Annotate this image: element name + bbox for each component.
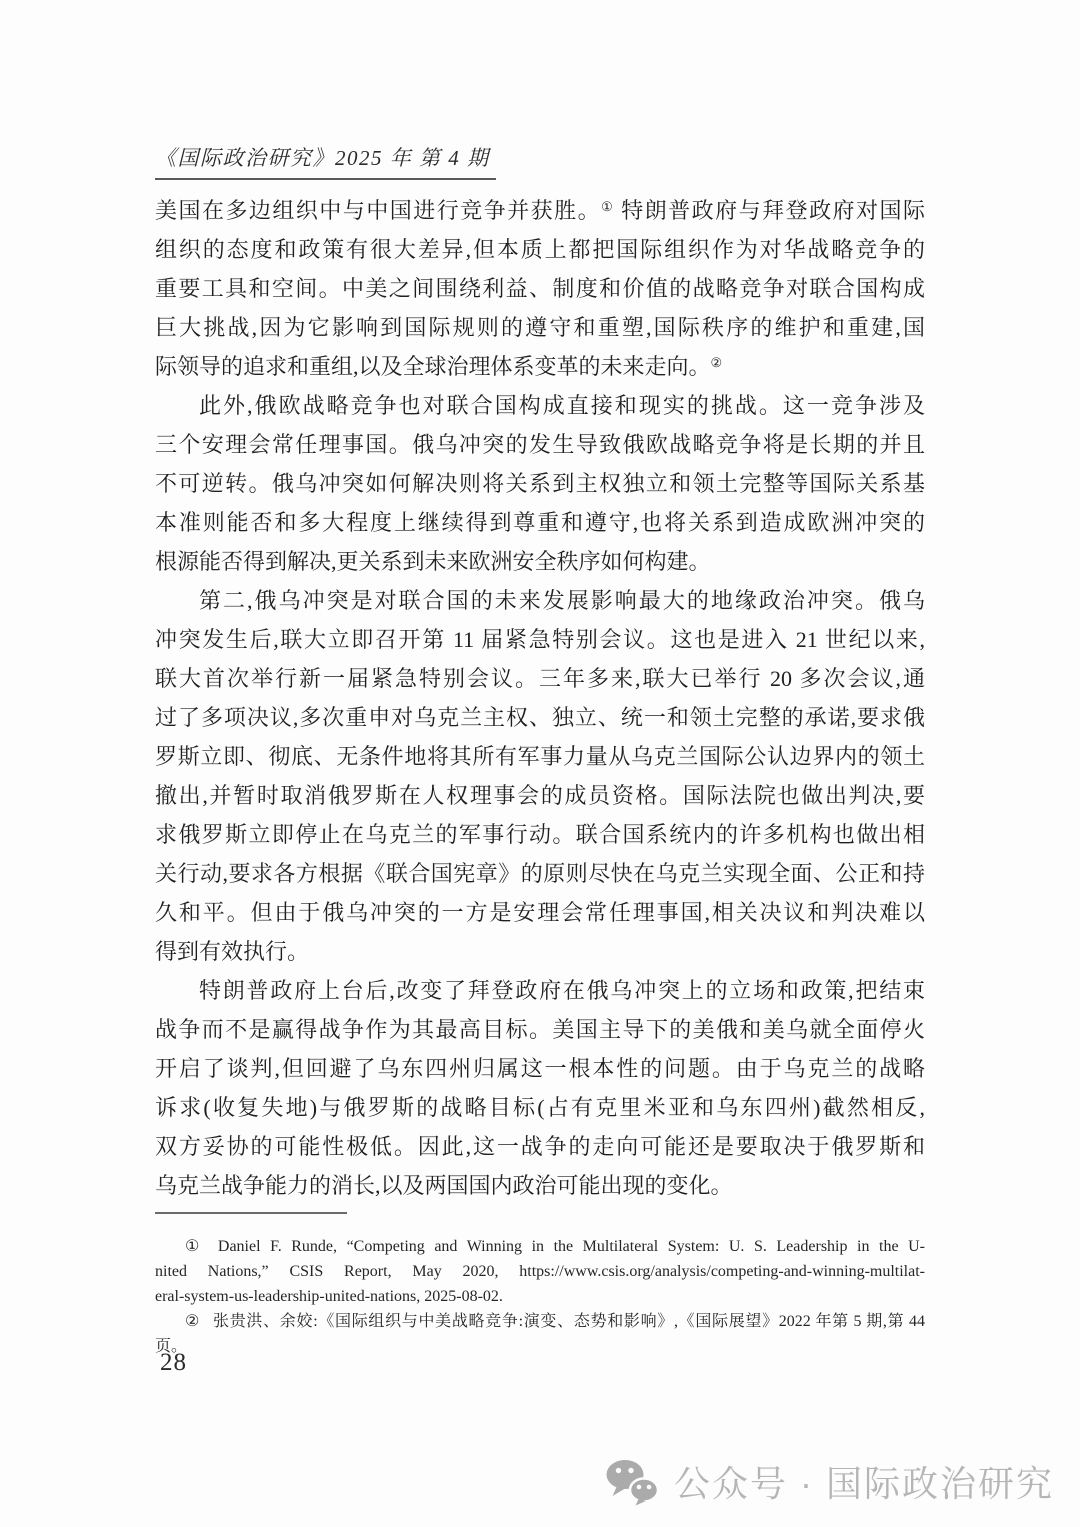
watermark-text: 公众号 · 国际政治研究 <box>674 1456 1054 1507</box>
footnotes: ①Daniel F. Runde, “Competing and Winning… <box>155 1234 925 1359</box>
body-line: 第二,俄乌冲突是对联合国的未来发展影响最大的地缘政治冲突。俄乌 <box>155 581 925 620</box>
wechat-icon <box>603 1458 661 1506</box>
body-line: 求俄罗斯立即停止在乌克兰的军事行动。联合国系统内的许多机构也做出相 <box>155 815 925 854</box>
footnote-line: ①Daniel F. Runde, “Competing and Winning… <box>155 1234 925 1259</box>
journal-running-head: 《国际政治研究》2025 年 第 4 期 <box>155 142 496 180</box>
footnote-marker: ① <box>185 1238 205 1255</box>
body-line: 此外,俄欧战略竞争也对联合国构成直接和现实的挑战。这一竞争涉及 <box>155 386 925 425</box>
paragraph: 特朗普政府上台后,改变了拜登政府在俄乌冲突上的立场和政策,把结束战争而不是赢得战… <box>155 971 925 1205</box>
body-line: 双方妥协的可能性极低。因此,这一战争的走向可能还是要取决于俄罗斯和 <box>155 1127 925 1166</box>
article-body: 美国在多边组织中与中国进行竞争并获胜。① 特朗普政府与拜登政府对国际组织的态度和… <box>155 191 925 1205</box>
watermark: 公众号 · 国际政治研究 <box>603 1456 1054 1507</box>
footnote-line: 页。 <box>155 1334 925 1359</box>
body-line: 战争而不是赢得战争作为其最高目标。美国主导下的美俄和美乌就全面停火 <box>155 1010 925 1049</box>
body-line: 得到有效执行。 <box>155 932 925 971</box>
body-line: 本准则能否和多大程度上继续得到尊重和遵守,也将关系到造成欧洲冲突的 <box>155 503 925 542</box>
page-number: 28 <box>160 1349 187 1377</box>
body-line: 重要工具和空间。中美之间围绕利益、制度和价值的战略竞争对联合国构成 <box>155 269 925 308</box>
journal-page: 《国际政治研究》2025 年 第 4 期 美国在多边组织中与中国进行竞争并获胜。… <box>0 0 1080 1527</box>
body-line: 特朗普政府上台后,改变了拜登政府在俄乌冲突上的立场和政策,把结束 <box>155 971 925 1010</box>
footnote-line: nited Nations,” CSIS Report, May 2020, h… <box>155 1259 925 1284</box>
body-line: 根源能否得到解决,更关系到未来欧洲安全秩序如何构建。 <box>155 542 925 581</box>
paragraph: 第二,俄乌冲突是对联合国的未来发展影响最大的地缘政治冲突。俄乌冲突发生后,联大立… <box>155 581 925 971</box>
body-line: 不可逆转。俄乌冲突如何解决则将关系到主权独立和领土完整等国际关系基 <box>155 464 925 503</box>
body-line: 际领导的追求和重组,以及全球治理体系变革的未来走向。② <box>155 347 925 386</box>
footnote-ref: ② <box>711 355 723 370</box>
paragraph: 美国在多边组织中与中国进行竞争并获胜。① 特朗普政府与拜登政府对国际组织的态度和… <box>155 191 925 386</box>
footnote-line: ②张贵洪、余姣:《国际组织与中美战略竞争:演变、态势和影响》,《国际展望》202… <box>155 1309 925 1334</box>
footnote-line: eral-system-us-leadership-united-nations… <box>155 1284 925 1309</box>
footnote-separator <box>155 1212 347 1214</box>
body-line: 联大首次举行新一届紧急特别会议。三年多来,联大已举行 20 多次会议,通 <box>155 659 925 698</box>
body-line: 开启了谈判,但回避了乌东四州归属这一根本性的问题。由于乌克兰的战略 <box>155 1049 925 1088</box>
body-line: 久和平。但由于俄乌冲突的一方是安理会常任理事国,相关决议和判决难以 <box>155 893 925 932</box>
body-line: 乌克兰战争能力的消长,以及两国国内政治可能出现的变化。 <box>155 1166 925 1205</box>
paragraph: 此外,俄欧战略竞争也对联合国构成直接和现实的挑战。这一竞争涉及三个安理会常任理事… <box>155 386 925 581</box>
body-line: 罗斯立即、彻底、无条件地将其所有军事力量从乌克兰国际公认边界内的领土 <box>155 737 925 776</box>
body-line: 三个安理会常任理事国。俄乌冲突的发生导致俄欧战略竞争将是长期的并且 <box>155 425 925 464</box>
body-line: 关行动,要求各方根据《联合国宪章》的原则尽快在乌克兰实现全面、公正和持 <box>155 854 925 893</box>
body-line: 撤出,并暂时取消俄罗斯在人权理事会的成员资格。国际法院也做出判决,要 <box>155 776 925 815</box>
body-line: 过了多项决议,多次重申对乌克兰主权、独立、统一和领土完整的承诺,要求俄 <box>155 698 925 737</box>
body-line: 组织的态度和政策有很大差异,但本质上都把国际组织作为对华战略竞争的 <box>155 230 925 269</box>
body-line: 美国在多边组织中与中国进行竞争并获胜。① 特朗普政府与拜登政府对国际 <box>155 191 925 230</box>
body-line: 巨大挑战,因为它影响到国际规则的遵守和重塑,国际秩序的维护和重建,国 <box>155 308 925 347</box>
footnote-ref: ① <box>601 199 614 214</box>
footnote-marker: ② <box>185 1313 200 1330</box>
body-line: 诉求(收复失地)与俄罗斯的战略目标(占有克里米亚和乌东四州)截然相反, <box>155 1088 925 1127</box>
body-line: 冲突发生后,联大立即召开第 11 届紧急特别会议。这也是进入 21 世纪以来, <box>155 620 925 659</box>
